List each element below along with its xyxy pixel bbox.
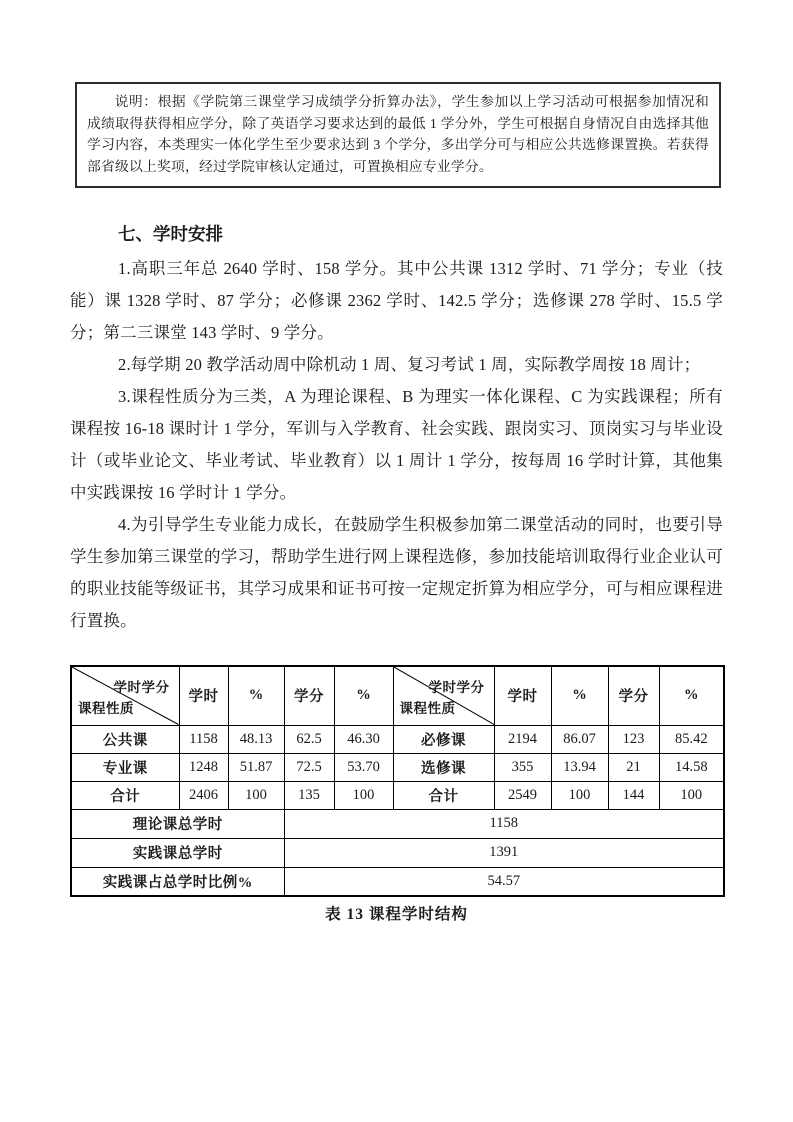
paragraph-3: 3.课程性质分为三类，A 为理论课程、B 为理实一体化课程、C 为实践课程；所有… — [70, 381, 723, 509]
paragraph-4: 4.为引导学生专业能力成长，在鼓励学生积极参加第二课堂活动的同时，也要引导学生参… — [70, 509, 723, 637]
table-cell: 46.30 — [334, 725, 393, 753]
table-cell: 100 — [659, 781, 724, 809]
row-label: 专业课 — [71, 753, 179, 781]
diagonal-label-hours-credits: 学时学分 — [114, 676, 170, 696]
table-cell: 135 — [284, 781, 334, 809]
diagonal-label-course-nature: 课程性质 — [78, 697, 134, 717]
row-label: 公共课 — [71, 725, 179, 753]
summary-value: 1158 — [284, 809, 724, 838]
summary-value: 1391 — [284, 838, 724, 867]
table-cell: 51.87 — [228, 753, 284, 781]
col-header-credits: 学分 — [284, 666, 334, 725]
col-header-percent: % — [228, 666, 284, 725]
table-cell: 13.94 — [551, 753, 608, 781]
table-cell: 100 — [334, 781, 393, 809]
row-label: 合计 — [71, 781, 179, 809]
table-cell: 100 — [228, 781, 284, 809]
table-cell: 100 — [551, 781, 608, 809]
table-caption: 表 13 课程学时结构 — [70, 902, 723, 924]
table-cell: 62.5 — [284, 725, 334, 753]
table-cell: 1158 — [179, 725, 228, 753]
table-row-totals: 合计 2406 100 135 100 合计 2549 100 144 100 — [71, 781, 724, 809]
col-header-hours: 学时 — [494, 666, 551, 725]
diagonal-label-course-nature: 课程性质 — [400, 697, 456, 717]
table-cell: 14.58 — [659, 753, 724, 781]
summary-label: 实践课占总学时比例% — [71, 867, 284, 896]
table-cell: 2194 — [494, 725, 551, 753]
table-row-major-elective: 专业课 1248 51.87 72.5 53.70 选修课 355 13.94 … — [71, 753, 724, 781]
paragraph-1: 1.高职三年总 2640 学时、158 学分。其中公共课 1312 学时、71 … — [70, 253, 723, 349]
table-cell: 48.13 — [228, 725, 284, 753]
table-cell: 86.07 — [551, 725, 608, 753]
col-header-percent: % — [334, 666, 393, 725]
page-content: 说明：根据《学院第三课堂学习成绩学分折算办法》，学生参加以上学习活动可根据参加情… — [70, 0, 723, 924]
table-cell: 2549 — [494, 781, 551, 809]
table-row-theory-hours: 理论课总学时 1158 — [71, 809, 724, 838]
row-label: 必修课 — [393, 725, 494, 753]
summary-value: 54.57 — [284, 867, 724, 896]
col-header-hours: 学时 — [179, 666, 228, 725]
table-cell: 85.42 — [659, 725, 724, 753]
table-cell: 144 — [608, 781, 659, 809]
table-cell: 2406 — [179, 781, 228, 809]
row-label: 选修课 — [393, 753, 494, 781]
paragraph-2: 2.每学期 20 教学活动周中除机动 1 周、复习考试 1 周，实际教学周按 1… — [70, 349, 723, 381]
summary-label: 理论课总学时 — [71, 809, 284, 838]
table-cell: 355 — [494, 753, 551, 781]
col-header-credits: 学分 — [608, 666, 659, 725]
note-box: 说明：根据《学院第三课堂学习成绩学分折算办法》，学生参加以上学习活动可根据参加情… — [75, 82, 721, 188]
diagonal-header-left: 学时学分 课程性质 — [71, 666, 179, 725]
table-cell: 1248 — [179, 753, 228, 781]
diagonal-header-right: 学时学分 课程性质 — [393, 666, 494, 725]
course-hour-table-wrap: 学时学分 课程性质 学时 % 学分 % 学时学分 课程性质 学时 % 学分 — [70, 665, 723, 924]
table-cell: 53.70 — [334, 753, 393, 781]
table-row-public-required: 公共课 1158 48.13 62.5 46.30 必修课 2194 86.07… — [71, 725, 724, 753]
table-cell: 123 — [608, 725, 659, 753]
course-hour-table: 学时学分 课程性质 学时 % 学分 % 学时学分 课程性质 学时 % 学分 — [70, 665, 725, 897]
table-cell: 21 — [608, 753, 659, 781]
note-text: 说明：根据《学院第三课堂学习成绩学分折算办法》，学生参加以上学习活动可根据参加情… — [87, 94, 709, 174]
document-page: 说明：根据《学院第三课堂学习成绩学分折算办法》，学生参加以上学习活动可根据参加情… — [0, 0, 793, 1122]
row-label: 合计 — [393, 781, 494, 809]
table-row-practice-ratio: 实践课占总学时比例% 54.57 — [71, 867, 724, 896]
diagonal-label-hours-credits: 学时学分 — [429, 676, 485, 696]
col-header-percent: % — [551, 666, 608, 725]
table-header-row: 学时学分 课程性质 学时 % 学分 % 学时学分 课程性质 学时 % 学分 — [71, 666, 724, 725]
col-header-percent: % — [659, 666, 724, 725]
summary-label: 实践课总学时 — [71, 838, 284, 867]
table-row-practice-hours: 实践课总学时 1391 — [71, 838, 724, 867]
table-cell: 72.5 — [284, 753, 334, 781]
section-heading: 七、学时安排 — [70, 222, 723, 246]
